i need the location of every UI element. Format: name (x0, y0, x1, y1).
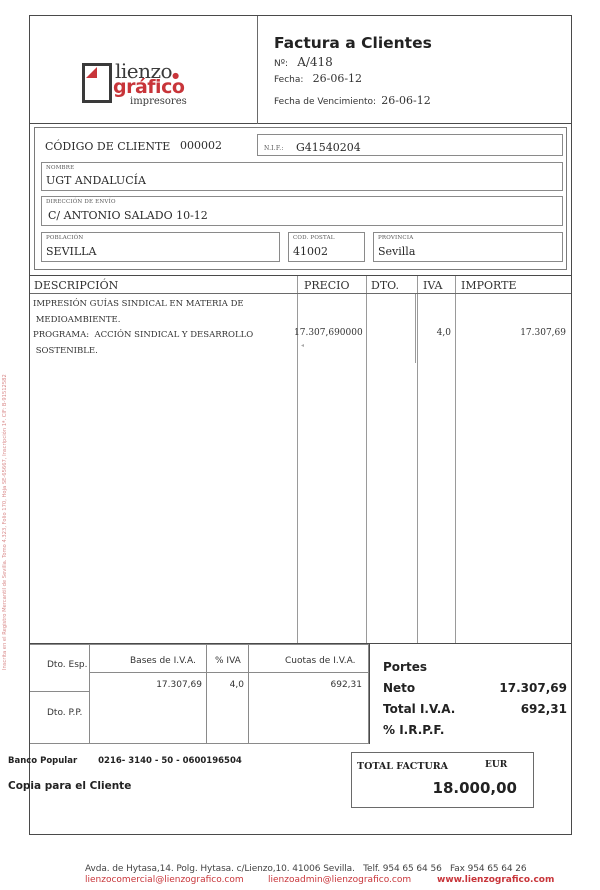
province-field: PROVINCIA Sevilla (373, 232, 563, 262)
col-header-description: DESCRIPCIÓN (34, 279, 118, 292)
footer-email-admin[interactable]: lienzoadmin@lienzografico.com (268, 875, 411, 885)
description-line: SOSTENIBLE. (33, 344, 253, 360)
nif-label: N.I.F.: (264, 145, 284, 152)
company-logo: lienzo● gráfico impresores (30, 16, 258, 124)
net-label: Neto (383, 681, 415, 695)
invoice-number-label: Nº: (274, 59, 288, 69)
total-vat-label: Total I.V.A. (383, 702, 455, 716)
client-code: 000002 (180, 139, 222, 152)
province-label: PROVINCIA (378, 235, 413, 241)
invoice-date: 26-06-12 (313, 72, 362, 85)
col-header-vat: IVA (423, 279, 443, 292)
invoice-info: Factura a Clientes Nº: A/418 Fecha: 26-0… (274, 34, 432, 107)
line-items-table: DESCRIPCIÓN PRECIO DTO. IVA IMPORTE IMPR… (30, 275, 571, 643)
invoice-header: lienzo● gráfico impresores Factura a Cli… (30, 16, 571, 124)
footer-email-sales[interactable]: lienzocomercial@lienzografico.com (85, 875, 244, 885)
totals-section: Dto. Esp. Dto. P.P. Bases de I.V.A. % IV… (30, 643, 571, 743)
invoice-number: A/418 (297, 55, 333, 69)
invoice-total-box: TOTAL FACTURA EUR 18.000,00 (351, 752, 534, 808)
net-row: Neto 17.307,69 (383, 681, 567, 695)
invoice-total-amount: 18.000,00 (433, 779, 517, 797)
col-header-amount: IMPORTE (461, 279, 516, 292)
vat-quota-value: 692,31 (250, 680, 362, 690)
footer-address: Avda. de Hytasa,14. Polg. Hytasa. c/Lien… (85, 864, 527, 874)
col-header-price: PRECIO (304, 279, 350, 292)
postal-code-value: 41002 (293, 245, 328, 258)
client-block: CÓDIGO DE CLIENTE 000002 N.I.F.: G415402… (34, 127, 567, 270)
line-item-amount: 17.307,69 (470, 328, 566, 338)
city-field: POBLACIÓN SEVILLA (41, 232, 280, 262)
document-logo-icon (82, 63, 112, 103)
nif-field: N.I.F.: G41540204 (257, 134, 563, 156)
description-line: PROGRAMA: ACCIÓN SINDICAL Y DESARROLLO (33, 328, 253, 344)
description-line: MEDIOAMBIENTE. (33, 313, 253, 329)
line-item-vat: 4,0 (425, 328, 451, 338)
due-date: 26-06-12 (381, 94, 430, 107)
province-value: Sevilla (378, 245, 415, 258)
client-code-label: CÓDIGO DE CLIENTE (45, 140, 170, 153)
line-item-description: IMPRESIÓN GUÍAS SINDICAL EN MATERIA DE M… (33, 297, 253, 359)
total-vat-value: 692,31 (521, 702, 567, 716)
nif-value: G41540204 (296, 141, 361, 154)
vat-percent-value: 4,0 (208, 680, 244, 690)
vat-base-value: 17.307,69 (92, 680, 202, 690)
postal-code-label: COD. POSTAL (293, 235, 335, 241)
shipping-label: Portes (383, 660, 427, 674)
line-item-price: 17.307,690000 (294, 328, 363, 338)
logo-word-impresores: impresores (130, 96, 187, 107)
due-date-label: Fecha de Vencimiento: (274, 97, 376, 107)
currency-label: EUR (485, 760, 507, 770)
vat-percent-label: % IVA (215, 656, 241, 666)
name-value: UGT ANDALUCÍA (46, 174, 146, 187)
net-value: 17.307,69 (499, 681, 567, 695)
city-value: SEVILLA (46, 245, 96, 258)
early-payment-discount-label: Dto. P.P. (47, 708, 82, 718)
vat-quota-label: Cuotas de I.V.A. (285, 656, 355, 666)
shipping-row: Portes (383, 660, 567, 674)
invoice-sheet: lienzo● gráfico impresores Factura a Cli… (29, 15, 572, 835)
name-field: NOMBRE UGT ANDALUCÍA (41, 162, 563, 191)
invoice-total-label: TOTAL FACTURA (357, 761, 448, 772)
copy-note: Copia para el Cliente (8, 780, 131, 792)
registry-note: Inscrita en el Registro Mercantil de Sev… (2, 374, 8, 670)
irpf-label: % I.R.P.F. (383, 723, 444, 737)
total-vat-row: Total I.V.A. 692,31 (383, 702, 567, 716)
city-label: POBLACIÓN (46, 235, 83, 241)
check-mark-icon: ◂ (301, 342, 304, 349)
bank-account: Banco Popular 0216- 3140 - 50 - 06001965… (8, 756, 242, 766)
footer-website-link[interactable]: www.lienzografico.com (437, 875, 554, 885)
invoice-title: Factura a Clientes (274, 34, 432, 52)
logo-corner-icon (86, 67, 97, 78)
special-discount-label: Dto. Esp. (47, 660, 87, 670)
address-label: DIRECCIÓN DE ENVÍO (46, 199, 116, 205)
name-label: NOMBRE (46, 165, 74, 171)
col-header-discount: DTO. (371, 279, 399, 292)
postal-code-field: COD. POSTAL 41002 (288, 232, 365, 262)
bank-name: Banco Popular (8, 756, 77, 766)
summary-panel: Portes Neto 17.307,69 Total I.V.A. 692,3… (369, 644, 573, 744)
description-line: IMPRESIÓN GUÍAS SINDICAL EN MATERIA DE (33, 297, 253, 313)
address-value: C/ ANTONIO SALADO 10-12 (48, 209, 208, 222)
vat-base-label: Bases de I.V.A. (130, 656, 196, 666)
irpf-row: % I.R.P.F. (383, 723, 567, 737)
logo-word-grafico: gráfico (113, 76, 184, 98)
invoice-date-label: Fecha: (274, 75, 303, 85)
address-field: DIRECCIÓN DE ENVÍO C/ ANTONIO SALADO 10-… (41, 196, 563, 226)
bank-account-number: 0216- 3140 - 50 - 0600196504 (98, 756, 242, 766)
tax-breakdown: Dto. Esp. Dto. P.P. Bases de I.V.A. % IV… (30, 644, 369, 744)
